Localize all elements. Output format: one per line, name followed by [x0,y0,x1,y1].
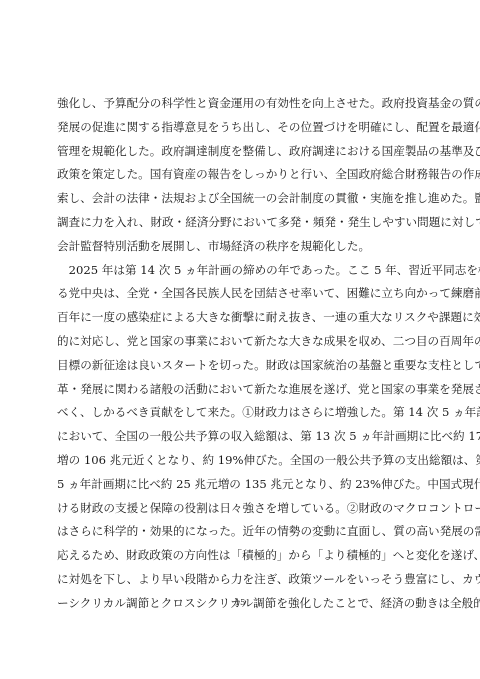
text-line: ける財政の支援と保障の役割は日々強さを増している。②財政のマクロコントロール [57,497,423,521]
text-line: 2025 年は第 14 次 5 ヵ年計画の締めの年であった。ここ 5 年、習近平… [57,259,423,283]
text-line: 会計監督特別活動を展開し、市場経済の秩序を規範化した。 [57,235,423,259]
text-line: る党中央は、全党・全国各民族人民を団結させ率いて、困難に立ち向かって練磨前進し、 [57,282,423,306]
page-number: 15 [0,598,480,608]
text-line: はさらに科学的・効果的になった。近年の情勢の変動に直面し、質の高い発展の需要に [57,520,423,544]
text-line: 5 ヵ年計画期に比べ約 25 兆元増の 135 兆元となり、約 23%伸びた。中… [57,473,423,497]
text-line: 百年に一度の感染症による大きな衝撃に耐え抜き、一連の重大なリスクや課題に効果 [57,306,423,330]
text-line: に対処を下し、より早い段階から力を注ぎ、政策ツールをいっそう豊富にし、カウンタ [57,568,423,592]
text-line: 強化し、予算配分の科学性と資金運用の有効性を向上させた。政府投資基金の質の高い [57,92,423,116]
text-line: において、全国の一般公共予算の収入総額は、第 13 次 5 ヵ年計画期に比べ約 … [57,425,423,449]
text-line: 革・発展に関わる諸般の活動において新たな進展を遂げ、党と国家の事業を発展させる [57,378,423,402]
body-text: 強化し、予算配分の科学性と資金運用の有効性を向上させた。政府投資基金の質の高い … [57,92,423,616]
document-page: 強化し、予算配分の科学性と資金運用の有効性を向上させた。政府投資基金の質の高い … [0,0,480,679]
text-line: 索し、会計の法律・法規および全国統一の会計制度の貫徹・実施を推し進めた。監督・ [57,187,423,211]
text-line: 応えるため、財政政策の方向性は「積極的」から「より積極的」へと変化を遂げ、即座 [57,544,423,568]
text-line: 調査に力を入れ、財政・経済分野において多発・頻発・発生しやすい問題に対して財務 [57,211,423,235]
text-line: 的に対応し、党と国家の事業において新たな大きな成果を収め、二つ目の百周年の奮闘 [57,330,423,354]
text-line: 発展の促進に関する指導意見をうち出し、その位置づけを明確にし、配置を最適化し、 [57,116,423,140]
text-line: 増の 106 兆元近くとなり、約 19%伸びた。全国の一般公共予算の支出総額は、… [57,449,423,473]
text-line: 管理を規範化した。政府調達制度を整備し、政府調達における国産製品の基準及び関連 [57,140,423,164]
text-line: 目標の新征途は良いスタートを切った。財政は国家統治の基盤と重要な支柱として、改 [57,354,423,378]
text-line: べく、しかるべき貢献をして来た。①財政力はさらに増強した。第 14 次 5 ヵ年… [57,401,423,425]
text-line: 政策を策定した。国有資産の報告をしっかりと行い、全国政府総合財務報告の作成を模 [57,163,423,187]
